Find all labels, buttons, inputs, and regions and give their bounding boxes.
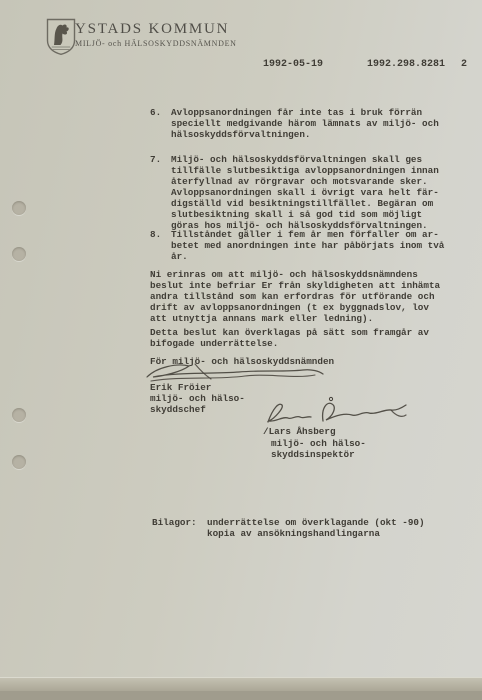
document-page: YSTADS KOMMUN MILJÖ- och HÄLSOSKYDDSNÄMN… [0, 0, 482, 677]
list-item-number: 8. [150, 229, 171, 262]
list-item-text: Tillståndet gäller i fem år men förfalle… [171, 229, 444, 262]
paragraph-appeal: Detta beslut kan överklagas på sätt som … [150, 327, 429, 349]
punch-hole [12, 408, 26, 422]
attachments-label: Bilagor: [152, 517, 207, 539]
signatory-name: Erik Fröier [150, 382, 211, 393]
attachments-section: Bilagor: underrättelse om överklagande (… [152, 517, 425, 539]
desk-surface [0, 691, 482, 700]
list-item-6: 6. Avloppsanordningen får inte tas i bru… [150, 107, 439, 140]
org-name: YSTADS KOMMUN [75, 21, 229, 38]
paper-stack-edge [0, 677, 482, 692]
list-item-7: 7. Miljö- och hälsoskyddsförvaltningen s… [150, 154, 439, 231]
list-item-text: Avloppsanordningen får inte tas i bruk f… [171, 107, 439, 140]
list-item-number: 7. [150, 154, 171, 231]
page-number: 2 [461, 59, 467, 70]
signatory-name: /Lars Åhsberg [263, 426, 336, 437]
list-item-text: Miljö- och hälsoskyddsförvaltningen skal… [171, 154, 439, 231]
list-item-number: 6. [150, 107, 171, 140]
doc-date: 1992-05-19 [263, 59, 323, 70]
paragraph-reminder: Ni erinras om att miljö- och hälsoskydds… [150, 269, 440, 324]
list-item-8: 8. Tillståndet gäller i fem år men förfa… [150, 229, 444, 262]
punch-hole [12, 247, 26, 261]
attachments-list: underrättelse om överklagande (okt -90) … [207, 517, 425, 539]
signature-lars-icon [256, 396, 408, 430]
ystad-coat-of-arms-icon [46, 18, 76, 56]
punch-hole [12, 455, 26, 469]
org-department: MILJÖ- och HÄLSOSKYDDSNÄMNDEN [75, 39, 237, 48]
punch-hole [12, 201, 26, 215]
doc-reference: 1992.298.8281 [367, 59, 445, 70]
signatory-title: miljö- och hälso- skyddschef [150, 393, 245, 415]
signatory-title: miljö- och hälso- skyddsinspektör [271, 438, 366, 460]
